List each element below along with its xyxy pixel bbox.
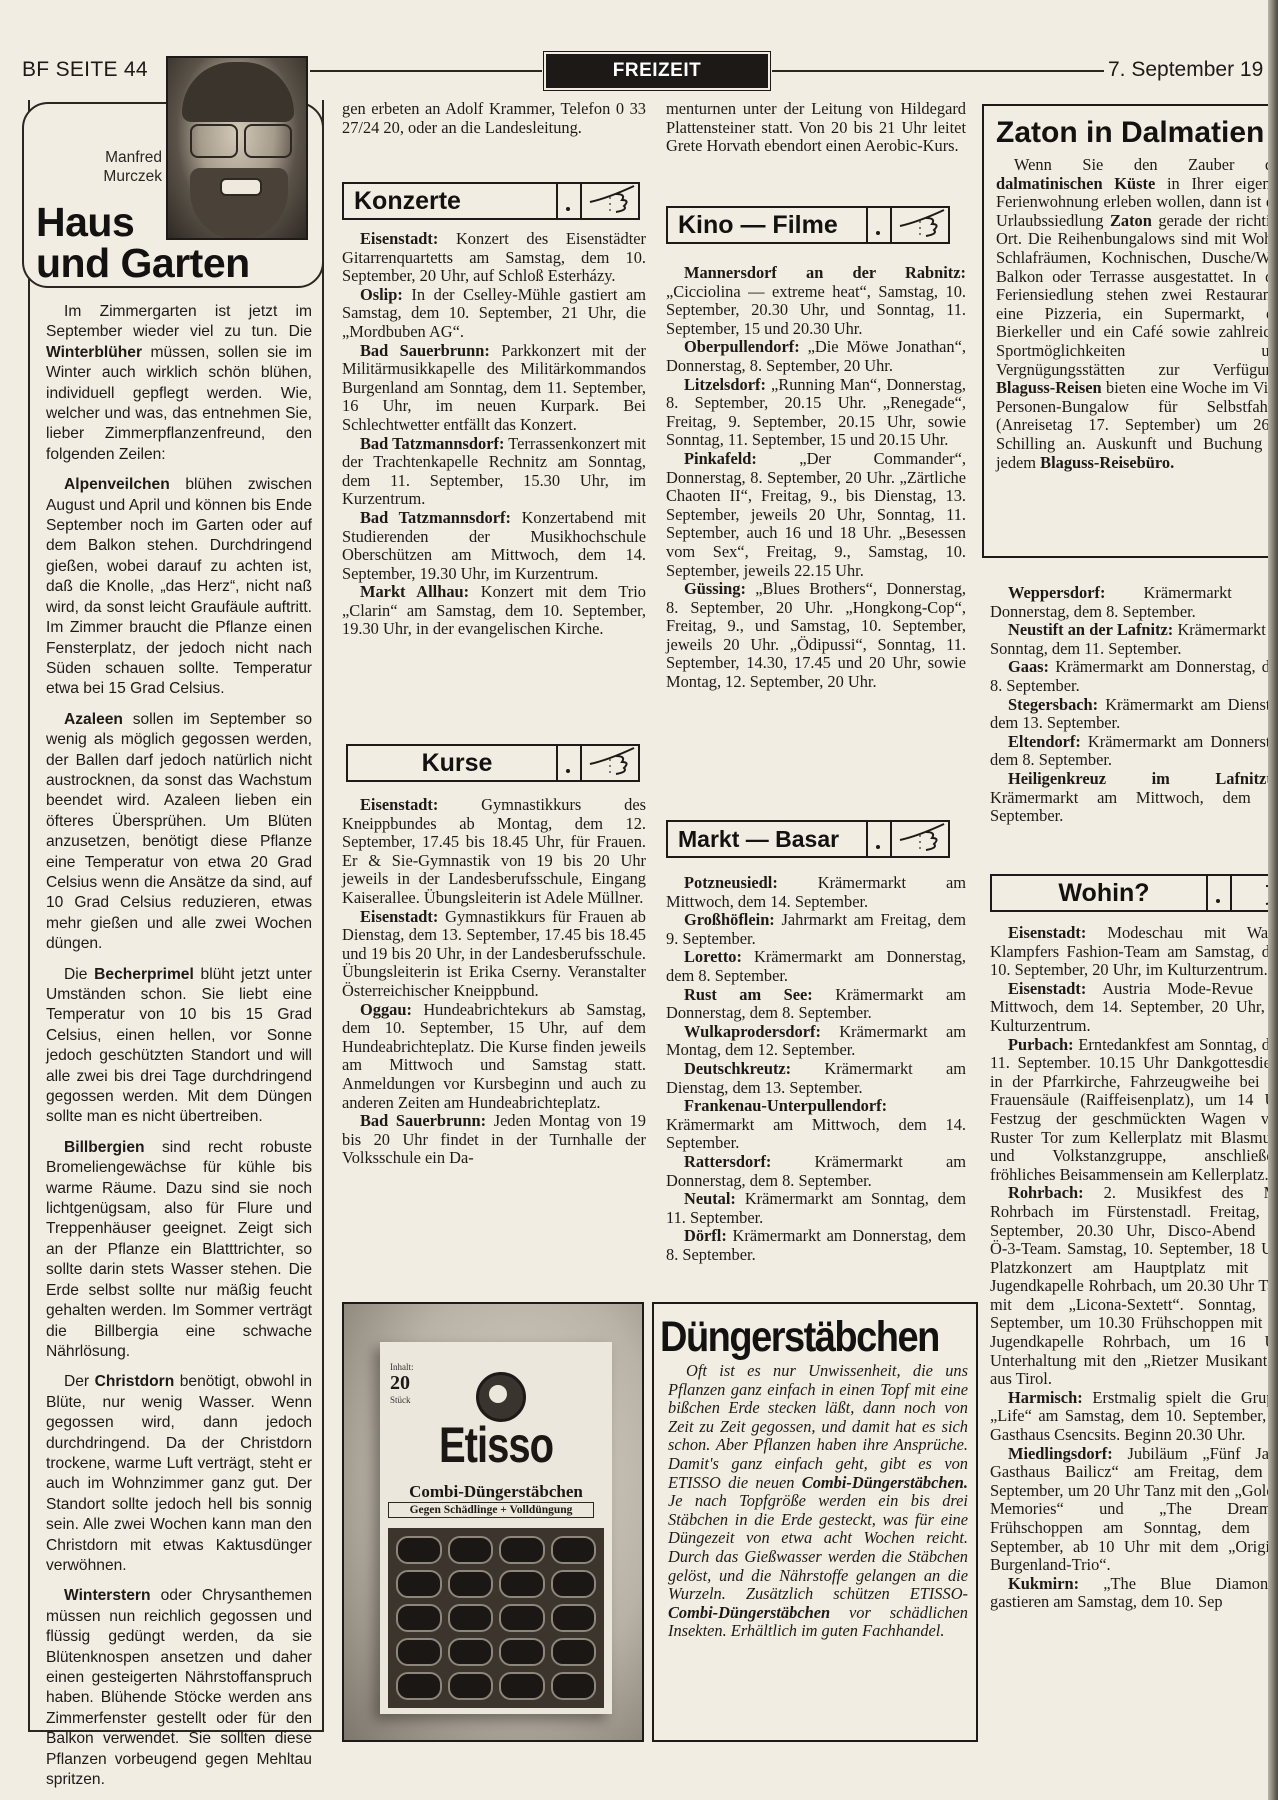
listing-place: Rohrbach:: [1008, 1183, 1084, 1202]
listing-place: Oslip:: [360, 285, 403, 304]
listing-place: Heiligenkreuz im Lafnitztal:: [1008, 769, 1278, 788]
listing-entry: Weppersdorf: Krämermarkt am Donnerstag, …: [990, 584, 1278, 621]
sun-logo-icon: [476, 1372, 526, 1422]
section-heading: Markt — Basar: [668, 822, 866, 856]
listing-entry: Güssing: „Blues Brothers“, Donnerstag, 8…: [666, 580, 966, 692]
listing-place: Purbach:: [1008, 1035, 1074, 1054]
listing-entry: Miedlingsdorf: Jubiläum „Fünf Jahre Gast…: [990, 1445, 1278, 1575]
column-paragraph: Alpenveilchen blühen zwischen August und…: [46, 475, 312, 699]
author-last-name: Murczek: [86, 167, 162, 186]
listing-entry: Rust am See: Krämermarkt am Donnerstag, …: [666, 986, 966, 1023]
product-photo: Inhalt: 20 Stück Etisso Combi-Düngerstäb…: [342, 1302, 644, 1742]
listing-place: Eisenstadt:: [360, 229, 438, 248]
listing-place: Bad Sauerbrunn:: [360, 341, 490, 360]
listing-place: Rust am See:: [684, 985, 813, 1004]
header-dot: [866, 208, 892, 242]
continued-text: gen erbeten an Adolf Krammer, Telefon 0 …: [342, 100, 646, 137]
column-paragraph: Azaleen sollen im September so wenig als…: [46, 710, 312, 955]
listing-entry: Eisenstadt: Gymnastikkurs für Frauen ab …: [342, 908, 646, 1001]
listing-entry: Potzneusiedl: Krämermarkt am Mittwoch, d…: [666, 874, 966, 911]
ad-body: Oft ist es nur Unwissenheit, die uns Pfl…: [668, 1362, 968, 1641]
listing-place: Gaas:: [1008, 657, 1049, 676]
author-first-name: Manfred: [86, 148, 162, 167]
column-paragraph: Der Christdorn benötigt, obwohl in Blüte…: [46, 1372, 312, 1576]
listing-entry: Eisenstadt: Austria Mode-Revue am Mittwo…: [990, 980, 1278, 1036]
listing-place: Harmisch:: [1008, 1388, 1083, 1407]
column-paragraph: Die Becherprimel blüht jetzt unter Umstä…: [46, 965, 312, 1128]
listing-entry: Wulkaprodersdorf: Krämermarkt am Montag,…: [666, 1023, 966, 1060]
portrait-mouth: [220, 178, 262, 196]
listing-place: Bad Tatzmannsdorf:: [360, 508, 511, 527]
listing-place: Neutal:: [684, 1189, 736, 1208]
package-claim: Gegen Schädlinge + Volldüngung: [388, 1502, 594, 1518]
package-brand: Etisso: [380, 1418, 612, 1474]
issue-date: 7. September 19: [1108, 58, 1278, 82]
kurse-list: Eisenstadt: Gymnastikkurs des Kneippbund…: [342, 796, 646, 1168]
listing-place: Oggau:: [360, 1000, 412, 1019]
listing-entry: Heiligenkreuz im Lafnitztal: Krämermarkt…: [990, 770, 1278, 826]
listing-place: Miedlingsdorf:: [1008, 1444, 1113, 1463]
page-edge: [1268, 0, 1278, 1800]
pointing-hand-icon: [892, 208, 948, 242]
listing-place: Oberpullendorf:: [684, 337, 800, 356]
listing-entry: Eltendorf: Krämermarkt am Donnerstag, de…: [990, 733, 1278, 770]
package-count-label: Inhalt:: [390, 1362, 414, 1372]
listing-entry: Harmisch: Erstmalig spielt die Gruppe „L…: [990, 1389, 1278, 1445]
markt-continued-list: Weppersdorf: Krämermarkt am Donnerstag, …: [990, 584, 1278, 826]
section-tag: FREIZEIT: [546, 54, 768, 88]
column-paragraph: Billbergien sind recht robuste Bromelien…: [46, 1138, 312, 1362]
listing-entry: Gaas: Krämermarkt am Donnerstag, dem 8. …: [990, 658, 1278, 695]
section-header-wohin: Wohin?: [990, 874, 1278, 912]
pointing-hand-icon: [892, 822, 948, 856]
listing-entry: Bad Tatzmannsdorf: Terrassenkonzert mit …: [342, 435, 646, 509]
listing-place: Deutschkreutz:: [684, 1059, 791, 1078]
section-header-markt: Markt — Basar: [666, 820, 950, 858]
listing-entry: Neutal: Krämermarkt am Sonntag, dem 11. …: [666, 1190, 966, 1227]
column-title: Haus und Garten: [36, 202, 250, 284]
listing-entry: Eisenstadt: Modeschau mit Walter Klampfe…: [990, 924, 1278, 980]
listing-entry: Rohrbach: 2. Musikfest des MV Rohrbach i…: [990, 1184, 1278, 1389]
zaton-paragraph: Wenn Sie den Zauber der dalmatinischen K…: [996, 156, 1278, 472]
section-header-kino: Kino — Filme: [666, 206, 950, 244]
listing-entry: Markt Allhau: Konzert mit dem Trio „Clar…: [342, 583, 646, 639]
pointing-hand-icon: [582, 746, 638, 780]
package-product: Combi-Düngerstäbchen: [380, 1482, 612, 1502]
listing-place: Großhöflein:: [684, 910, 775, 929]
listing-place: Loretto:: [684, 947, 742, 966]
listing-place: Wulkaprodersdorf:: [684, 1022, 821, 1041]
listing-entry: Oslip: In der Cselley-Mühle gastiert am …: [342, 286, 646, 342]
listing-entry: Purbach: Erntedankfest am Sonntag, dem 1…: [990, 1036, 1278, 1185]
author-name: Manfred Murczek: [86, 148, 162, 186]
listing-entry: Deutschkreutz: Krämermarkt am Dienstag, …: [666, 1060, 966, 1097]
ad-title: Düngerstäbchen: [660, 1314, 939, 1362]
listing-entry: Bad Sauerbrunn: Parkkonzert mit der Mili…: [342, 342, 646, 435]
listing-entry: Neustift an der Lafnitz: Krämermarkt am …: [990, 621, 1278, 658]
listing-place: Potzneusiedl:: [684, 873, 778, 892]
zaton-body: Wenn Sie den Zauber der dalmatinischen K…: [996, 156, 1278, 472]
package-count: 20: [390, 1372, 410, 1395]
listing-entry: Pinkafeld: „Der Commander“, Donnerstag, …: [666, 450, 966, 580]
listing-place: Dörfl:: [684, 1226, 727, 1245]
column-paragraph: Winterstern oder Chrysanthemen müssen nu…: [46, 1586, 312, 1790]
listing-entry: Loretto: Krämermarkt am Donnerstag, dem …: [666, 948, 966, 985]
listing-place: Eisenstadt:: [1008, 923, 1086, 942]
continued-text: menturnen unter der Leitung von Hildegar…: [666, 100, 966, 156]
listing-place: Stegersbach:: [1008, 695, 1098, 714]
listing-place: Güssing:: [684, 579, 746, 598]
listing-entry: Oggau: Hundeabrichtekurs ab Samstag, dem…: [342, 1001, 646, 1113]
listing-place: Pinkafeld:: [684, 449, 757, 468]
ad-paragraph: Oft ist es nur Unwissenheit, die uns Pfl…: [668, 1362, 968, 1641]
package-unit: Stück: [390, 1395, 411, 1405]
masthead-rule-left: [310, 70, 542, 72]
listing-entry: Litzelsdorf: „Running Man“, Donnerstag, …: [666, 376, 966, 450]
listing-entry: Oberpullendorf: „Die Möwe Jonathan“, Don…: [666, 338, 966, 375]
wohin-list: Eisenstadt: Modeschau mit Walter Klampfe…: [990, 924, 1278, 1612]
listing-place: Eltendorf:: [1008, 732, 1081, 751]
listing-entry: Bad Tatzmannsdorf: Konzertabend mit Stud…: [342, 509, 646, 583]
masthead-rule-right: [772, 70, 1104, 72]
column-title-line2: und Garten: [36, 243, 250, 284]
portrait-hair: [182, 62, 294, 122]
header-dot: [556, 746, 582, 780]
listing-entry: Eisenstadt: Gymnastikkurs des Kneippbund…: [342, 796, 646, 908]
portrait-glasses: [190, 124, 238, 158]
section-heading: Kino — Filme: [668, 208, 866, 242]
listing-entry: Kukmirn: „The Blue Diamonds“ gastieren a…: [990, 1575, 1278, 1612]
markt-list: Potzneusiedl: Krämermarkt am Mittwoch, d…: [666, 874, 966, 1264]
listing-place: Litzelsdorf:: [684, 375, 766, 394]
header-dot: [1206, 876, 1232, 910]
section-heading: Kurse: [348, 746, 556, 780]
section-heading: Konzerte: [344, 184, 556, 218]
column-title-line1: Haus: [36, 202, 250, 243]
header-dot: [866, 822, 892, 856]
listing-entry: Stegersbach: Krämermarkt am Dienstag, de…: [990, 696, 1278, 733]
product-package: Inhalt: 20 Stück Etisso Combi-Düngerstäb…: [380, 1342, 612, 1714]
listing-entry: Mannersdorf an der Rabnitz: „Cicciolina …: [666, 264, 966, 338]
konzerte-list: Eisenstadt: Konzert des Eisenstädter Git…: [342, 230, 646, 639]
listing-entry: Eisenstadt: Konzert des Eisenstädter Git…: [342, 230, 646, 286]
listing-entry: Bad Sauerbrunn: Jeden Montag von 19 bis …: [342, 1112, 646, 1168]
header-dot: [556, 184, 582, 218]
listing-place: Bad Sauerbrunn:: [360, 1111, 486, 1130]
listing-place: Eisenstadt:: [360, 795, 438, 814]
page-label: BF SEITE 44: [22, 58, 148, 82]
pointing-hand-icon: [582, 184, 638, 218]
listing-place: Frankenau-Unterpullendorf:: [684, 1096, 887, 1115]
section-header-konzerte: Konzerte: [342, 182, 640, 220]
section-heading: Wohin?: [992, 876, 1206, 910]
listing-place: Neustift an der Lafnitz:: [1008, 620, 1173, 639]
listing-place: Markt Allhau:: [360, 582, 469, 601]
portrait-glasses: [244, 124, 292, 158]
column-body: Im Zimmergarten ist jetzt im September w…: [46, 302, 312, 1800]
zaton-title: Zaton in Dalmatien: [996, 116, 1264, 150]
listing-place: Weppersdorf:: [1008, 583, 1105, 602]
column-paragraph: Im Zimmergarten ist jetzt im September w…: [46, 302, 312, 465]
listing-place: Rattersdorf:: [684, 1152, 771, 1171]
listing-place: Kukmirn:: [1008, 1574, 1079, 1593]
listing-place: Mannersdorf an der Rabnitz:: [684, 263, 966, 282]
listing-entry: Rattersdorf: Krämermarkt am Donnerstag, …: [666, 1153, 966, 1190]
listing-entry: Dörfl: Krämermarkt am Donnerstag, dem 8.…: [666, 1227, 966, 1264]
kino-list: Mannersdorf an der Rabnitz: „Cicciolina …: [666, 264, 966, 692]
listing-entry: Großhöflein: Jahrmarkt am Freitag, dem 9…: [666, 911, 966, 948]
fertilizer-sticks: [388, 1528, 604, 1708]
listing-place: Bad Tatzmannsdorf:: [360, 434, 504, 453]
listing-place: Eisenstadt:: [1008, 979, 1086, 998]
listing-entry: Frankenau-Unterpullendorf: Krämermarkt a…: [666, 1097, 966, 1153]
listing-place: Eisenstadt:: [360, 907, 438, 926]
section-header-kurse: Kurse: [346, 744, 640, 782]
